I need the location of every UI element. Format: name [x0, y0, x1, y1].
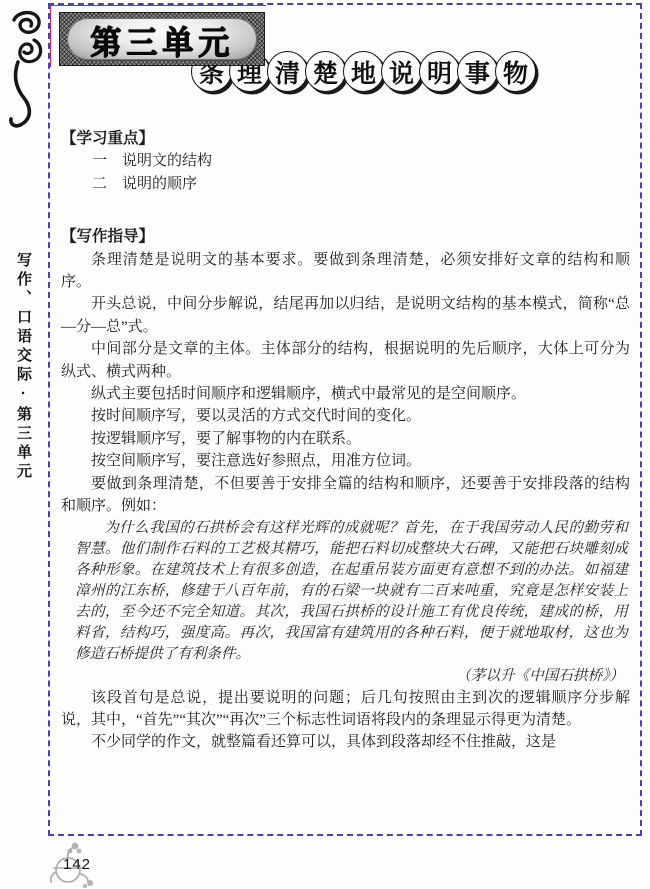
guidance-paragraph: 中间部分是文章的主体。主体部分的结构，根据说明的先后顺序，大体上可分为纵式、横式… — [61, 338, 630, 383]
red-accent-line-top — [48, 3, 266, 6]
guidance-paragraph: 纵式主要包括时间顺序和逻辑顺序，横式中最常见的是空间顺序。 — [61, 383, 630, 405]
title-char-circle: 事 — [457, 51, 498, 92]
guidance-paragraph: 按空间顺序写，要注意选好参照点，用准方位词。 — [61, 450, 630, 472]
quote-attribution: （茅以升《中国石拱桥》） — [61, 665, 624, 687]
writing-guidance-header: 【写作指导】 — [61, 226, 630, 248]
writing-guidance-section: 【写作指导】 条理清楚是说明文的基本要求。要做到条理清楚，必须安排好文章的结构和… — [61, 226, 630, 754]
page-footer: 142 — [46, 846, 166, 888]
title-char-circle: 清 — [267, 51, 308, 92]
unit-banner-pill: 第三单元 — [67, 18, 257, 60]
title-char-circle: 明 — [419, 51, 460, 92]
guidance-paragraph: 按时间顺序写，要以灵活的方式交代时间的变化。 — [61, 405, 630, 427]
content-frame: 第三单元 条 理 清 楚 地 说 明 事 物 【学习重点】 一 说明文的结构 二… — [48, 3, 642, 836]
title-char-circle: 说 — [381, 51, 422, 92]
red-accent-line-left — [48, 3, 51, 67]
example-quote: 为什么我国的石拱桥会有这样光辉的成就呢？首先，在于我国劳动人民的勤劳和智慧。他们… — [75, 518, 628, 665]
guidance-paragraph: 按逻辑顺序写，要了解事物的内在联系。 — [61, 428, 630, 450]
title-char-circle: 地 — [343, 51, 384, 92]
unit-banner-label: 第三单元 — [90, 15, 234, 62]
unit-banner: 第三单元 — [59, 12, 265, 66]
study-point-item: 二 说明的顺序 — [61, 173, 630, 195]
guidance-paragraph: 条理清楚是说明文的基本要求。要做到条理清楚，必须安排好文章的结构和顺序。 — [61, 249, 630, 294]
study-point-item: 一 说明文的结构 — [61, 150, 630, 172]
analysis-paragraph: 不少同学的作文，就整篇看还算可以，具体到段落却经不住推敲，这是 — [61, 731, 630, 753]
page-number: 142 — [63, 856, 91, 873]
guidance-paragraph: 开头总说，中间分步解说，结尾再加以归结，是说明文结构的基本模式，简称“总—分—总… — [61, 293, 630, 338]
text-column: 【学习重点】 一 说明文的结构 二 说明的顺序 【写作指导】 条理清楚是说明文的… — [50, 128, 640, 754]
title-char-circle: 物 — [495, 51, 536, 92]
study-points-section: 【学习重点】 一 说明文的结构 二 说明的顺序 — [61, 128, 630, 195]
title-char-circle: 楚 — [305, 51, 346, 92]
sidebar-vertical-caption: 写作、口语交际·第三单元 — [13, 252, 34, 482]
guidance-paragraph: 要做到条理清楚，不但要善于安排全篇的结构和顺序，还要善于安排段落的结构和顺序。例… — [61, 473, 630, 518]
study-points-header: 【学习重点】 — [61, 128, 630, 150]
calligraphic-flourish-icon — [4, 6, 46, 162]
analysis-paragraph: 该段首句是总说，提出要说明的问题；后几句按照由主到次的逻辑顺序分步解说，其中，“… — [61, 687, 630, 732]
